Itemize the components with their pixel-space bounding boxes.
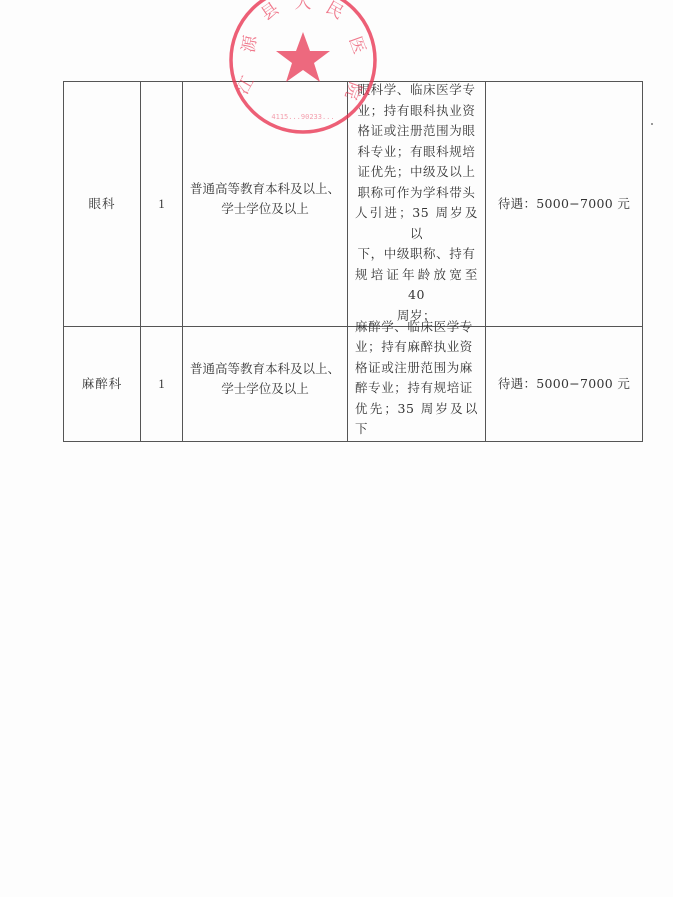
seal-char: 医 bbox=[344, 34, 369, 57]
headcount-value: 1 bbox=[158, 197, 164, 211]
department-cell: 麻醉科 bbox=[64, 327, 141, 442]
requirements-line: 业；持有眼科执业资 bbox=[355, 101, 478, 122]
seal-char: 民 bbox=[322, 0, 347, 24]
requirements-cell: 麻醉学、临床医学专 业；持有麻醉执业资 格证或注册范围为麻 醉专业；持有规培证 … bbox=[348, 327, 486, 442]
requirements-line: 麻醉学、临床医学专 bbox=[355, 317, 478, 338]
document-page: 眼科 1 普通高等教育本科及以上、 学士学位及以上 眼科学、临床医学专 业；持有… bbox=[0, 0, 673, 897]
requirements-line: 职称可作为学科带头 bbox=[355, 183, 478, 204]
requirements-line: 证优先；中级及以上 bbox=[355, 162, 478, 183]
headcount-cell: 1 bbox=[141, 82, 183, 327]
education-line: 普通高等教育本科及以上、 bbox=[183, 179, 347, 200]
headcount-cell: 1 bbox=[141, 327, 183, 442]
requirements-line: 人引进；35 周岁及以 bbox=[355, 203, 478, 244]
education-line: 学士学位及以上 bbox=[183, 379, 347, 400]
headcount-value: 1 bbox=[158, 377, 164, 391]
scan-speck bbox=[651, 123, 653, 125]
requirements-cell: 眼科学、临床医学专 业；持有眼科执业资 格证或注册范围为眼 科专业；有眼科规培 … bbox=[348, 82, 486, 327]
education-line: 普通高等教育本科及以上、 bbox=[183, 359, 347, 380]
table-row: 眼科 1 普通高等教育本科及以上、 学士学位及以上 眼科学、临床医学专 业；持有… bbox=[64, 82, 643, 327]
job-requirements-table: 眼科 1 普通高等教育本科及以上、 学士学位及以上 眼科学、临床医学专 业；持有… bbox=[63, 81, 643, 442]
star-icon bbox=[276, 32, 330, 82]
education-line: 学士学位及以上 bbox=[183, 199, 347, 220]
requirements-line: 下，中级职称、持有 bbox=[355, 244, 478, 265]
seal-char: 人 bbox=[295, 0, 312, 13]
salary-value: 待遇：5000−7000 元 bbox=[498, 196, 630, 211]
salary-value: 待遇：5000−7000 元 bbox=[498, 376, 630, 391]
salary-cell: 待遇：5000−7000 元 bbox=[486, 327, 643, 442]
requirements-line: 醉专业；持有规培证 bbox=[355, 378, 478, 399]
department-cell: 眼科 bbox=[64, 82, 141, 327]
education-cell: 普通高等教育本科及以上、 学士学位及以上 bbox=[183, 82, 348, 327]
requirements-line: 优先；35 周岁及以下 bbox=[355, 399, 478, 440]
seal-char: 源 bbox=[239, 33, 262, 54]
requirements-line: 格证或注册范围为麻 bbox=[355, 358, 478, 379]
department-name: 麻醉科 bbox=[82, 376, 123, 391]
education-cell: 普通高等教育本科及以上、 学士学位及以上 bbox=[183, 327, 348, 442]
seal-char: 县 bbox=[257, 0, 282, 25]
requirements-line: 业；持有麻醉执业资 bbox=[355, 337, 478, 358]
table-row: 麻醉科 1 普通高等教育本科及以上、 学士学位及以上 麻醉学、临床医学专 业；持… bbox=[64, 327, 643, 442]
requirements-line: 格证或注册范围为眼 bbox=[355, 121, 478, 142]
department-name: 眼科 bbox=[88, 196, 115, 211]
requirements-line: 眼科学、临床医学专 bbox=[355, 80, 478, 101]
salary-cell: 待遇：5000−7000 元 bbox=[486, 82, 643, 327]
requirements-line: 科专业；有眼科规培 bbox=[355, 142, 478, 163]
requirements-line: 规培证年龄放宽至 40 bbox=[355, 265, 478, 306]
